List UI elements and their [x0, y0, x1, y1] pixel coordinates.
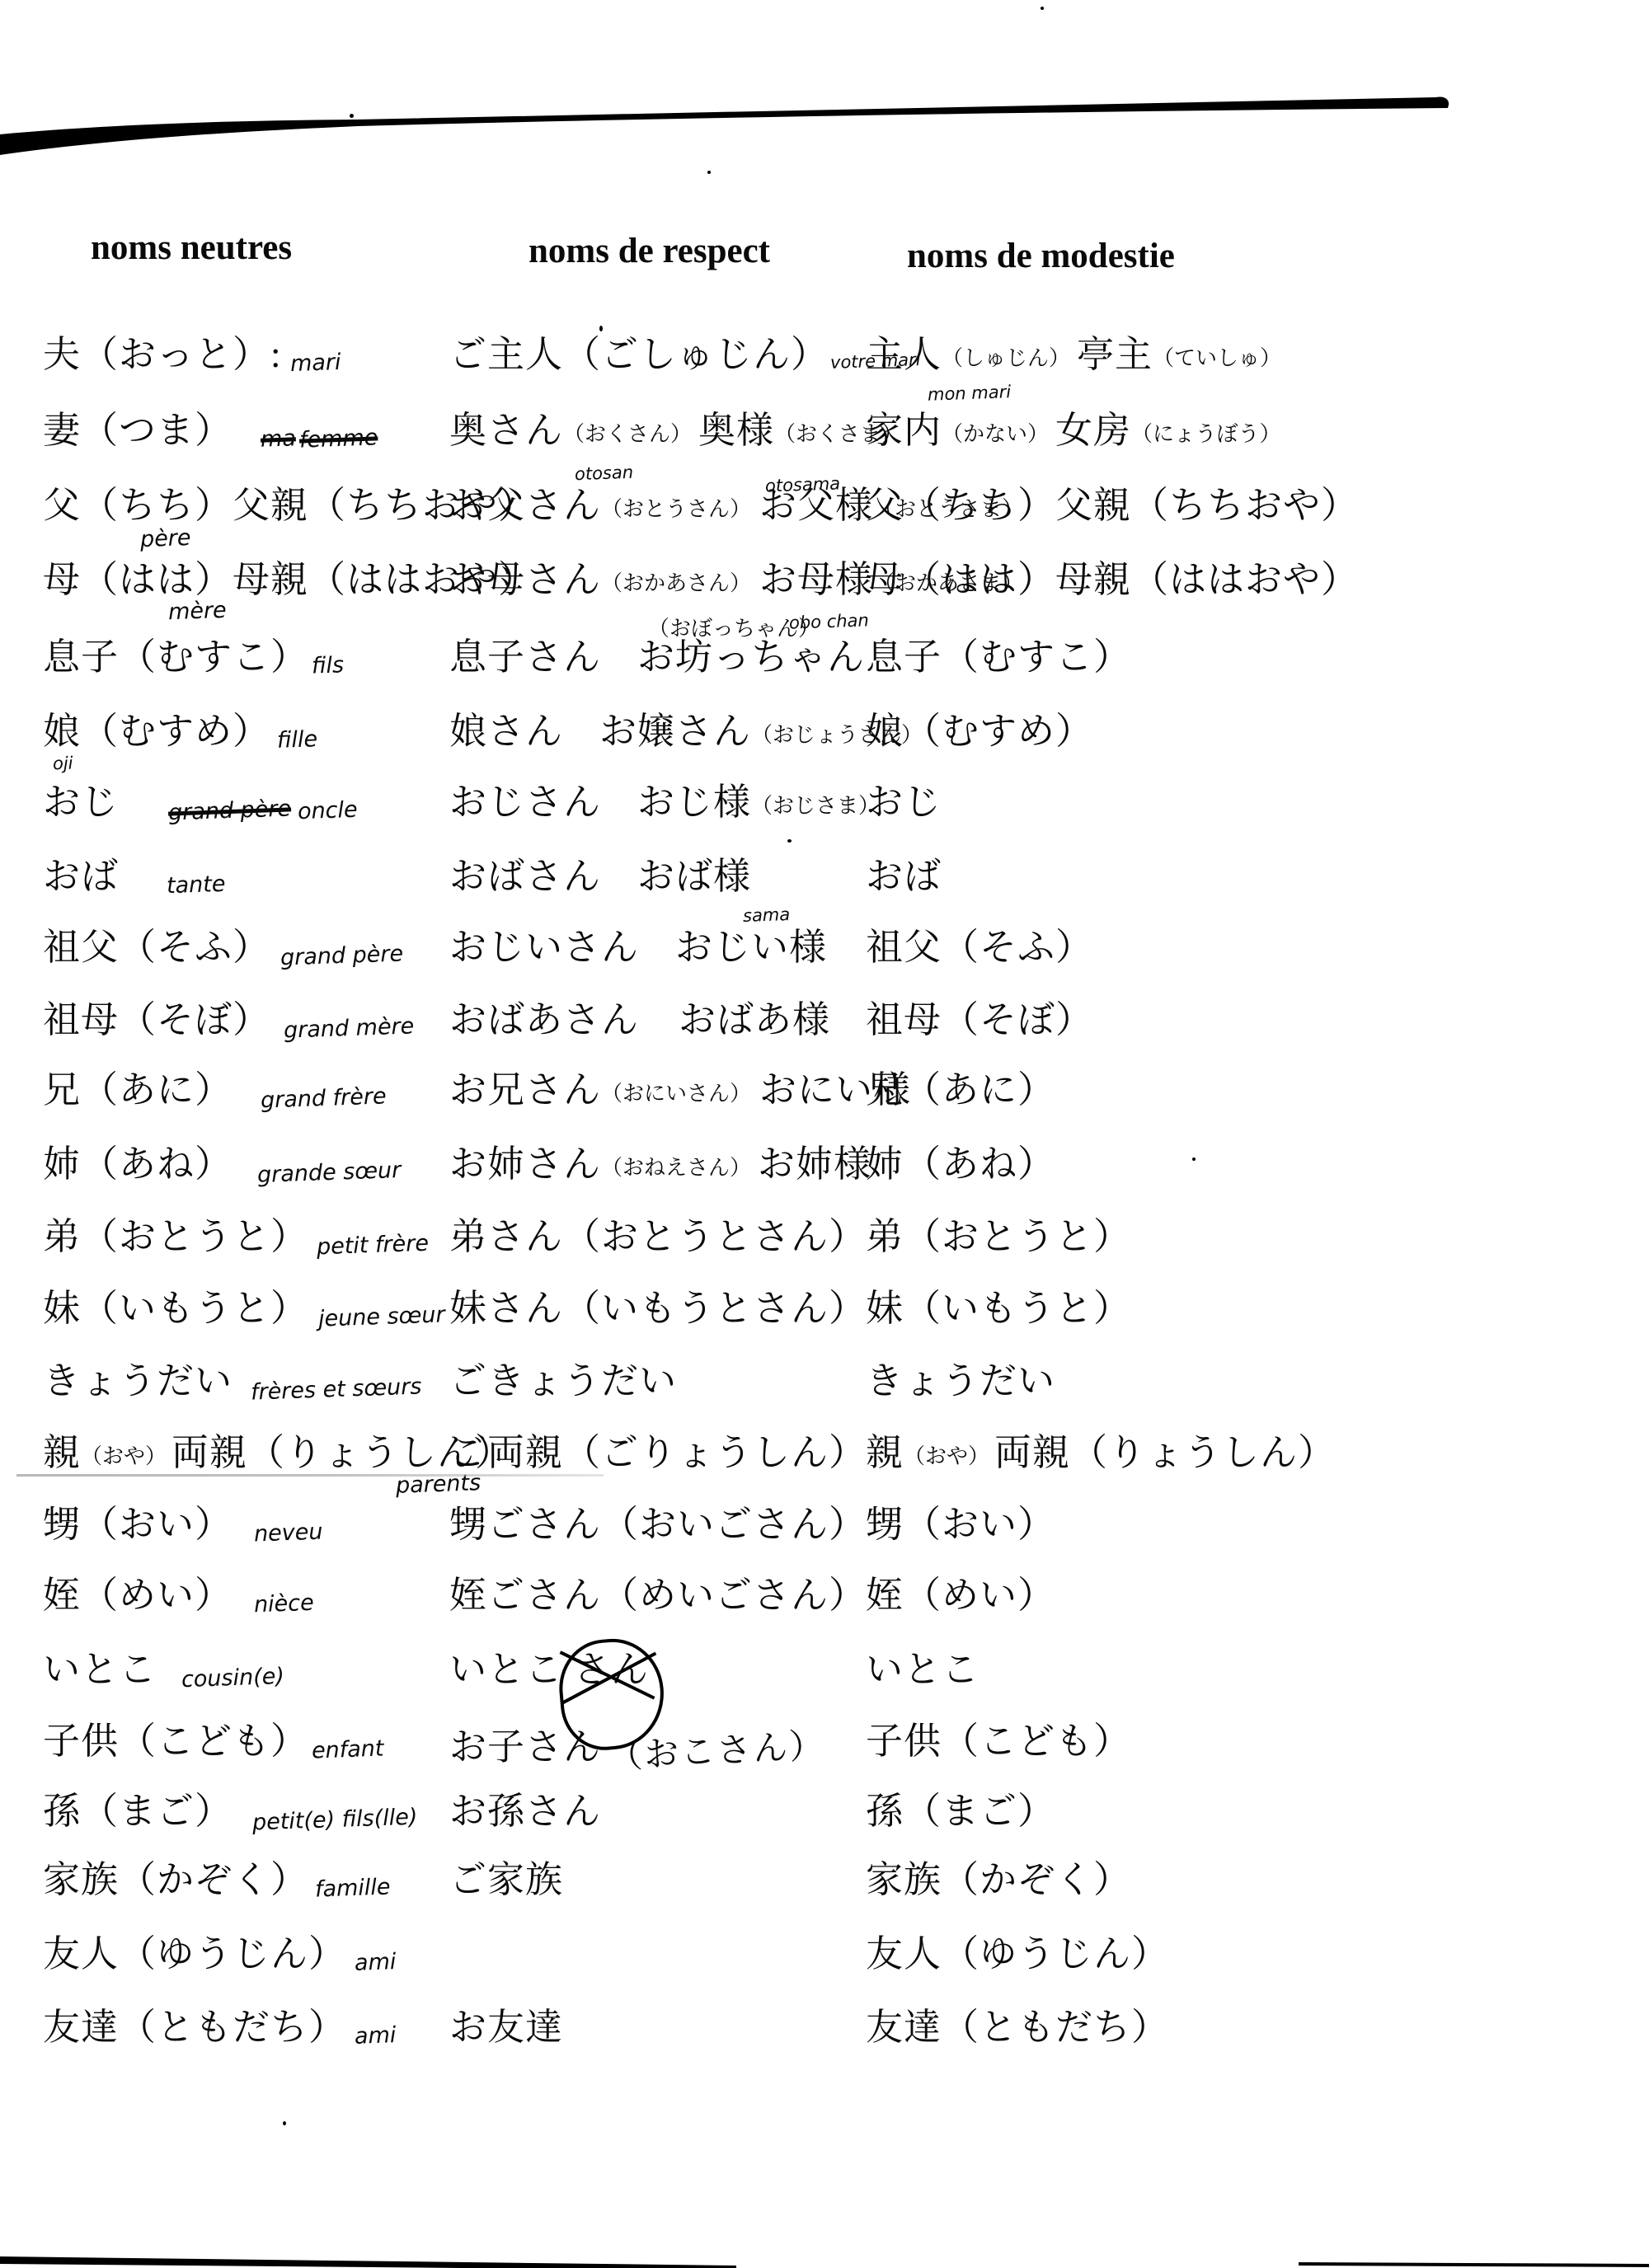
jp-term: 妹（いもうと） [866, 1288, 1131, 1329]
jp-term: 息子さん [449, 636, 601, 678]
cell-respect: 奥さん（おくさん）奥様（おくさま） [449, 410, 874, 453]
furigana: （ていしゅ） [1153, 346, 1281, 370]
cell-respect: 息子さんお坊っちゃん（おぼっちゃん）obo chan [449, 636, 874, 679]
jp-term: おじさん [449, 782, 601, 823]
vocab-row: きょうだいfrères et sœursごきょうだいきょうだい [0, 1360, 1649, 1418]
jp-term: お孫さん [449, 1791, 601, 1832]
french-annotation: grand mère [284, 1013, 415, 1044]
jp-term: 両親（りょうしん） [994, 1432, 1336, 1473]
jp-term: 息子（むすこ） [43, 636, 308, 678]
vocab-row: 祖母（そぼ）grand mèreおばあさんおばあ様祖母（そぼ） [0, 999, 1649, 1057]
jp-term: いとこ [866, 1649, 980, 1690]
vocab-row: おじgrand pèreoncleojiおじさんおじ様（おじさま）おじ [0, 782, 1649, 839]
jp-term: 姪（めい） [866, 1575, 1055, 1616]
cell-neutre: 妻（つま）mafemme [43, 410, 455, 453]
jp-term: 女房 [1055, 410, 1131, 451]
jp-term: 子供（こども） [43, 1721, 308, 1762]
jp-term: 亭主 [1077, 334, 1153, 375]
french-annotation: grand frère [261, 1083, 388, 1113]
cell-neutre: おばtante [43, 856, 455, 899]
furigana: （しゅじん） [942, 346, 1070, 370]
jp-term: おば様 [637, 856, 751, 897]
jp-term: 甥（おい） [43, 1504, 233, 1545]
french-annotation: cousin(e) [181, 1664, 285, 1693]
cell-respect: 甥ごさん（おいごさん） [449, 1504, 874, 1547]
french-annotation: petit(e) fils(lle) [252, 1805, 418, 1836]
jp-term: ご両親（ごりょうしん） [449, 1432, 867, 1473]
furigana: （おや） [904, 1444, 989, 1468]
jp-term: ご家族 [449, 1859, 563, 1900]
handwritten-annotation: otosama [765, 473, 841, 495]
column-header-modestie: noms de modestie [907, 236, 1175, 276]
jp-term: お姉さん [449, 1143, 601, 1185]
toner-speck [707, 171, 711, 174]
french-annotation: famille [315, 1874, 391, 1902]
jp-term: おばさん [449, 856, 601, 897]
furigana: （にょうぼう） [1131, 422, 1280, 446]
jp-term: 姪ごさん（めいごさん） [449, 1575, 867, 1616]
cell-respect: いとこさん [449, 1649, 874, 1692]
cell-modestie: おば [866, 856, 1641, 899]
furigana: （おねえさん） [601, 1156, 751, 1180]
cell-modestie: 娘（むすめ） [866, 711, 1641, 754]
jp-term: 夫（おっと）: [43, 334, 282, 375]
cell-modestie: 主人（しゅじん）亭主（ていしゅ）mon mari [866, 334, 1641, 377]
cell-neutre: 孫（まご）petit(e) fils(lle) [43, 1791, 455, 1834]
jp-term: おじいさん [449, 927, 639, 968]
french-annotation: neveu [254, 1519, 323, 1547]
cell-neutre: 息子（むすこ）fils [43, 636, 455, 679]
jp-term: お嬢さん [599, 711, 751, 752]
jp-term: 娘さん [449, 711, 563, 752]
jp-term: お兄さん [449, 1069, 601, 1111]
cell-modestie: 子供（こども） [866, 1721, 1641, 1763]
jp-term: 祖父（そふ） [43, 927, 270, 968]
cell-modestie: 姪（めい） [866, 1575, 1641, 1618]
jp-term: 兄（あに） [866, 1069, 1055, 1111]
cell-neutre: きょうだいfrères et sœurs [43, 1360, 455, 1403]
cell-respect: お兄さん（おにいさん）おにい様 [449, 1069, 874, 1112]
vocab-row: 甥（おい）neveu甥ごさん（おいごさん）甥（おい） [0, 1504, 1649, 1561]
jp-term: 娘（むすめ） [43, 711, 270, 752]
cell-respect: 弟さん（おとうとさん） [449, 1216, 874, 1259]
cell-neutre: 弟（おとうと）petit frère [43, 1216, 455, 1259]
jp-term: 奥様 [698, 410, 774, 451]
french-annotation: oncle [298, 797, 359, 825]
toner-speck [1041, 7, 1044, 10]
cell-respect: ごきょうだい [449, 1360, 874, 1403]
circled-san: さん [566, 1649, 655, 1692]
scan-artifact-top-line [0, 0, 1649, 173]
jp-term: おばあさん [449, 999, 639, 1040]
jp-term: 姉（あね） [866, 1143, 1055, 1185]
cell-modestie: おじ [866, 782, 1641, 824]
cell-modestie: 甥（おい） [866, 1504, 1641, 1547]
vocab-row: いとこcousin(e)いとこさんいとこ [0, 1649, 1649, 1707]
vocab-row: 妻（つま）mafemme奥さん（おくさん）奥様（おくさま）家内（かない）女房（に… [0, 410, 1649, 467]
cell-neutre: 甥（おい）neveu [43, 1504, 455, 1547]
french-annotation: père [139, 525, 191, 552]
cell-respect: お友達 [449, 2007, 874, 2050]
jp-term: いとこ [449, 1649, 563, 1690]
jp-term: おじ [43, 782, 119, 823]
jp-term: お父さん [449, 485, 601, 526]
cell-neutre: 子供（こども）enfant [43, 1721, 455, 1763]
jp-term: 祖母（そぼ） [866, 999, 1093, 1040]
french-annotation: petit frère [317, 1231, 430, 1261]
cell-modestie: 家内（かない）女房（にょうぼう） [866, 410, 1641, 453]
cell-modestie: 父（ちち）父親（ちちおや） [866, 485, 1641, 528]
furigana: （おじさま） [751, 794, 880, 818]
cell-modestie: 弟（おとうと） [866, 1216, 1641, 1259]
jp-term: 弟（おとうと） [43, 1216, 308, 1257]
vocab-row: 姪（めい）nièce姪ごさん（めいごさん）姪（めい） [0, 1575, 1649, 1632]
jp-term: いとこ [43, 1649, 157, 1690]
cell-neutre: いとこcousin(e) [43, 1649, 455, 1692]
jp-term: おばあ様 [679, 999, 830, 1040]
cell-neutre: 娘（むすめ）fille [43, 711, 455, 754]
cell-neutre: 家族（かぞく）famille [43, 1859, 455, 1902]
french-annotation: ami [354, 1949, 396, 1976]
furigana: （おとうさん） [601, 497, 751, 521]
jp-term: 娘（むすめ） [866, 711, 1093, 752]
cell-respect: おじさんおじ様（おじさま） [449, 782, 874, 824]
scan-artifact-bottom-line [0, 2235, 1649, 2268]
vocab-row: 父（ちち）父親（ちちおや）pèreお父さん（おとうさん）お父様（おとうさま）ot… [0, 485, 1649, 542]
jp-term: 弟（おとうと） [866, 1216, 1131, 1257]
vocab-row: 祖父（そふ）grand pèreおじいさんおじい様sama祖父（そふ） [0, 927, 1649, 984]
handwritten-annotation: oji [53, 754, 73, 774]
handwritten-annotation: sama [743, 904, 791, 926]
handwritten-annotation: mon mari [928, 382, 1012, 405]
french-annotation: jeune sœur [318, 1302, 446, 1331]
cell-neutre: 友達（ともだち）ami [43, 2007, 455, 2050]
vocab-row: 家族（かぞく）familleご家族家族（かぞく） [0, 1859, 1649, 1917]
cell-modestie: 孫（まご） [866, 1791, 1641, 1834]
jp-term: お坊っちゃん [637, 636, 865, 678]
jp-term: お母様 [759, 559, 873, 600]
french-annotation: nièce [253, 1590, 314, 1618]
cell-respect: お母さん（おかあさん）お母様（おかあさま） [449, 559, 874, 602]
furigana: （おくさん） [563, 422, 692, 446]
cell-neutre: 姪（めい）nièce [43, 1575, 455, 1618]
cell-respect: お父さん（おとうさん）お父様（おとうさま）otosanotosama [449, 485, 874, 528]
french-annotation-struck: femme [298, 425, 378, 453]
cell-neutre: 祖父（そふ）grand père [43, 927, 455, 970]
vocab-row: 母（はは）母親（ははおや）mèreお母さん（おかあさん）お母様（おかあさま）母（… [0, 559, 1649, 617]
cell-neutre: 兄（あに）grand frère [43, 1069, 455, 1112]
cell-respect: 妹さん（いもうとさん） [449, 1288, 874, 1331]
french-annotation: fils [311, 652, 344, 679]
cell-respect: お子さん（おこさん） [449, 1721, 874, 1770]
column-header-neutres: noms neutres [91, 228, 292, 268]
vocab-row: 親（おや）両親（りょうしん）parentsご両親（ごりょうしん）親（おや）両親（… [0, 1432, 1649, 1490]
cell-modestie: 親（おや）両親（りょうしん） [866, 1432, 1641, 1475]
cell-neutre: 父（ちち）父親（ちちおや）père [43, 485, 455, 528]
vocab-row: 弟（おとうと）petit frère弟さん（おとうとさん）弟（おとうと） [0, 1216, 1649, 1274]
vocab-row: 息子（むすこ）fils息子さんお坊っちゃん（おぼっちゃん）obo chan息子（… [0, 636, 1649, 694]
cell-neutre: 母（はは）母親（ははおや）mère [43, 559, 455, 602]
cell-modestie: 母（はは）母親（ははおや） [866, 559, 1641, 602]
jp-term: 友達（ともだち） [43, 2007, 346, 2048]
jp-term: 甥（おい） [866, 1504, 1055, 1545]
cell-neutre: 姉（あね）grande sœur [43, 1143, 455, 1186]
column-header-respect: noms de respect [529, 231, 770, 271]
scan-artifact-faint-line [16, 1474, 604, 1477]
vocab-row: 孫（まご）petit(e) fils(lle)お孫さん孫（まご） [0, 1791, 1649, 1848]
jp-term: 親 [866, 1432, 904, 1473]
jp-term: おじい様 [675, 927, 827, 968]
jp-term: きょうだい [43, 1360, 233, 1402]
cell-neutre: おじgrand pèreoncleoji [43, 782, 455, 824]
furigana: （かない） [942, 422, 1049, 446]
jp-term: 兄（あに） [43, 1069, 233, 1111]
vocab-row: 夫（おっと）:mariご主人（ごしゅじん）votre mari主人（しゅじん）亭… [0, 334, 1649, 392]
french-annotation: frères et sœurs [251, 1373, 422, 1405]
jp-term: 奥さん [449, 410, 563, 451]
cell-respect: おばさんおば様 [449, 856, 874, 899]
furigana: （おかあさん） [601, 571, 751, 595]
handwritten-annotation: otosan [575, 463, 634, 484]
cell-respect: ご主人（ごしゅじん）votre mari [449, 334, 874, 377]
jp-term: 祖父（そふ） [866, 927, 1093, 968]
cell-respect: おばあさんおばあ様 [449, 999, 874, 1042]
jp-term: お母さん [449, 559, 601, 600]
cell-neutre: 親（おや）両親（りょうしん）parents [43, 1432, 455, 1475]
cell-modestie: 祖父（そふ） [866, 927, 1641, 970]
cell-modestie: 友達（ともだち） [866, 2007, 1641, 2050]
jp-term: 親 [43, 1432, 81, 1473]
cell-modestie: きょうだい [866, 1360, 1641, 1403]
cell-neutre: 夫（おっと）:mari [43, 334, 455, 377]
handwritten-annotation: obo chan [789, 610, 870, 632]
jp-term: 息子（むすこ） [866, 636, 1131, 678]
french-annotation: enfant [312, 1735, 385, 1763]
jp-term: おじ様 [637, 782, 751, 823]
toner-speck [599, 326, 603, 331]
jp-term: きょうだい [866, 1360, 1055, 1402]
cell-neutre: 妹（いもうと）jeune sœur [43, 1288, 455, 1331]
jp-term: 友人（ゆうじん） [43, 1933, 346, 1975]
jp-term: 家族（かぞく） [43, 1859, 308, 1900]
french-annotation: grand père [280, 941, 404, 970]
cell-respect: ご家族 [449, 1859, 874, 1902]
toner-speck [1192, 1157, 1196, 1161]
jp-term: 妻（つま） [43, 410, 233, 451]
french-annotation: mère [167, 598, 227, 625]
cell-respect: お姉さん（おねえさん）お姉様 [449, 1143, 874, 1186]
jp-term: おば [43, 856, 119, 897]
jp-term: 甥ごさん（おいごさん） [449, 1504, 867, 1545]
vocab-row: 友達（ともだち）amiお友達友達（ともだち） [0, 2007, 1649, 2064]
french-annotation: mari [289, 350, 341, 377]
french-annotation-struck: ma [260, 425, 296, 452]
vocab-row: 娘（むすめ）fille娘さんお嬢さん（おじょうさん）娘（むすめ） [0, 711, 1649, 768]
vocab-row: 友人（ゆうじん）ami友人（ゆうじん） [0, 1933, 1649, 1991]
french-annotation: tante [166, 871, 225, 899]
jp-term: 主人 [866, 334, 942, 375]
jp-term: 姉（あね） [43, 1143, 233, 1185]
jp-term: おば [866, 856, 942, 897]
jp-term: お友達 [449, 2007, 563, 2048]
jp-term: 妹さん（いもうとさん） [449, 1288, 867, 1329]
furigana: （おや） [81, 1444, 167, 1468]
cell-modestie: 友人（ゆうじん） [866, 1933, 1641, 1976]
scanned-page: noms neutres noms de respect noms de mod… [0, 0, 1649, 2268]
jp-term: 孫（まご） [43, 1791, 233, 1832]
cell-neutre: 祖母（そぼ）grand mère [43, 999, 455, 1042]
handwritten-kana: （おこさん） [607, 1718, 827, 1779]
jp-term: 友達（ともだち） [866, 2007, 1169, 2048]
jp-term: ご主人（ごしゅじん） [449, 334, 829, 375]
jp-term: 母（はは）母親（ははおや） [866, 559, 1359, 600]
vocab-row: おばtanteおばさんおば様おば [0, 856, 1649, 913]
toner-speck [283, 2121, 286, 2125]
jp-term: 父（ちち）父親（ちちおや） [866, 485, 1359, 526]
cell-respect: おじいさんおじい様sama [449, 927, 874, 970]
strikeout-x-mark [560, 1651, 655, 1699]
jp-term: ごきょうだい [449, 1360, 677, 1402]
french-annotation: grande sœur [257, 1157, 402, 1188]
cell-respect: お孫さん [449, 1791, 874, 1834]
jp-term: 祖母（そぼ） [43, 999, 270, 1040]
jp-term: 家族（かぞく） [866, 1859, 1131, 1900]
cell-respect: 娘さんお嬢さん（おじょうさん） [449, 711, 874, 754]
furigana: （おにいさん） [601, 1082, 751, 1106]
jp-term: 弟さん（おとうとさん） [449, 1216, 867, 1257]
vocab-row: 兄（あに）grand frèreお兄さん（おにいさん）おにい様兄（あに） [0, 1069, 1649, 1127]
vocab-row: 妹（いもうと）jeune sœur妹さん（いもうとさん）妹（いもうと） [0, 1288, 1649, 1345]
jp-term: 孫（まご） [866, 1791, 1055, 1832]
jp-term: 妹（いもうと） [43, 1288, 308, 1329]
cell-modestie: 姉（あね） [866, 1143, 1641, 1186]
french-annotation: fille [276, 726, 317, 754]
jp-term: お子さん [449, 1726, 601, 1768]
cell-modestie: 家族（かぞく） [866, 1859, 1641, 1902]
vocab-row: 姉（あね）grande sœurお姉さん（おねえさん）お姉様姉（あね） [0, 1143, 1649, 1201]
french-annotation: ami [354, 2022, 396, 2050]
toner-speck [350, 114, 354, 118]
toner-speck [787, 839, 792, 843]
cell-modestie: 息子（むすこ） [866, 636, 1641, 679]
cell-modestie: いとこ [866, 1649, 1641, 1692]
cell-neutre: 友人（ゆうじん）ami [43, 1933, 455, 1976]
french-annotation-struck: grand père [168, 796, 292, 825]
jp-term: お姉様 [758, 1143, 871, 1185]
jp-term: 友人（ゆうじん） [866, 1933, 1169, 1975]
cell-modestie: 妹（いもうと） [866, 1288, 1641, 1331]
cell-modestie: 兄（あに） [866, 1069, 1641, 1112]
cell-modestie: 祖母（そぼ） [866, 999, 1641, 1042]
cell-respect: ご両親（ごりょうしん） [449, 1432, 874, 1475]
jp-term: 姪（めい） [43, 1575, 233, 1616]
jp-term: 子供（こども） [866, 1721, 1131, 1762]
cell-respect: 姪ごさん（めいごさん） [449, 1575, 874, 1618]
jp-term: おじ [866, 782, 942, 823]
jp-term: 家内 [866, 410, 942, 451]
vocab-row: 子供（こども）enfantお子さん（おこさん）子供（こども） [0, 1721, 1649, 1778]
